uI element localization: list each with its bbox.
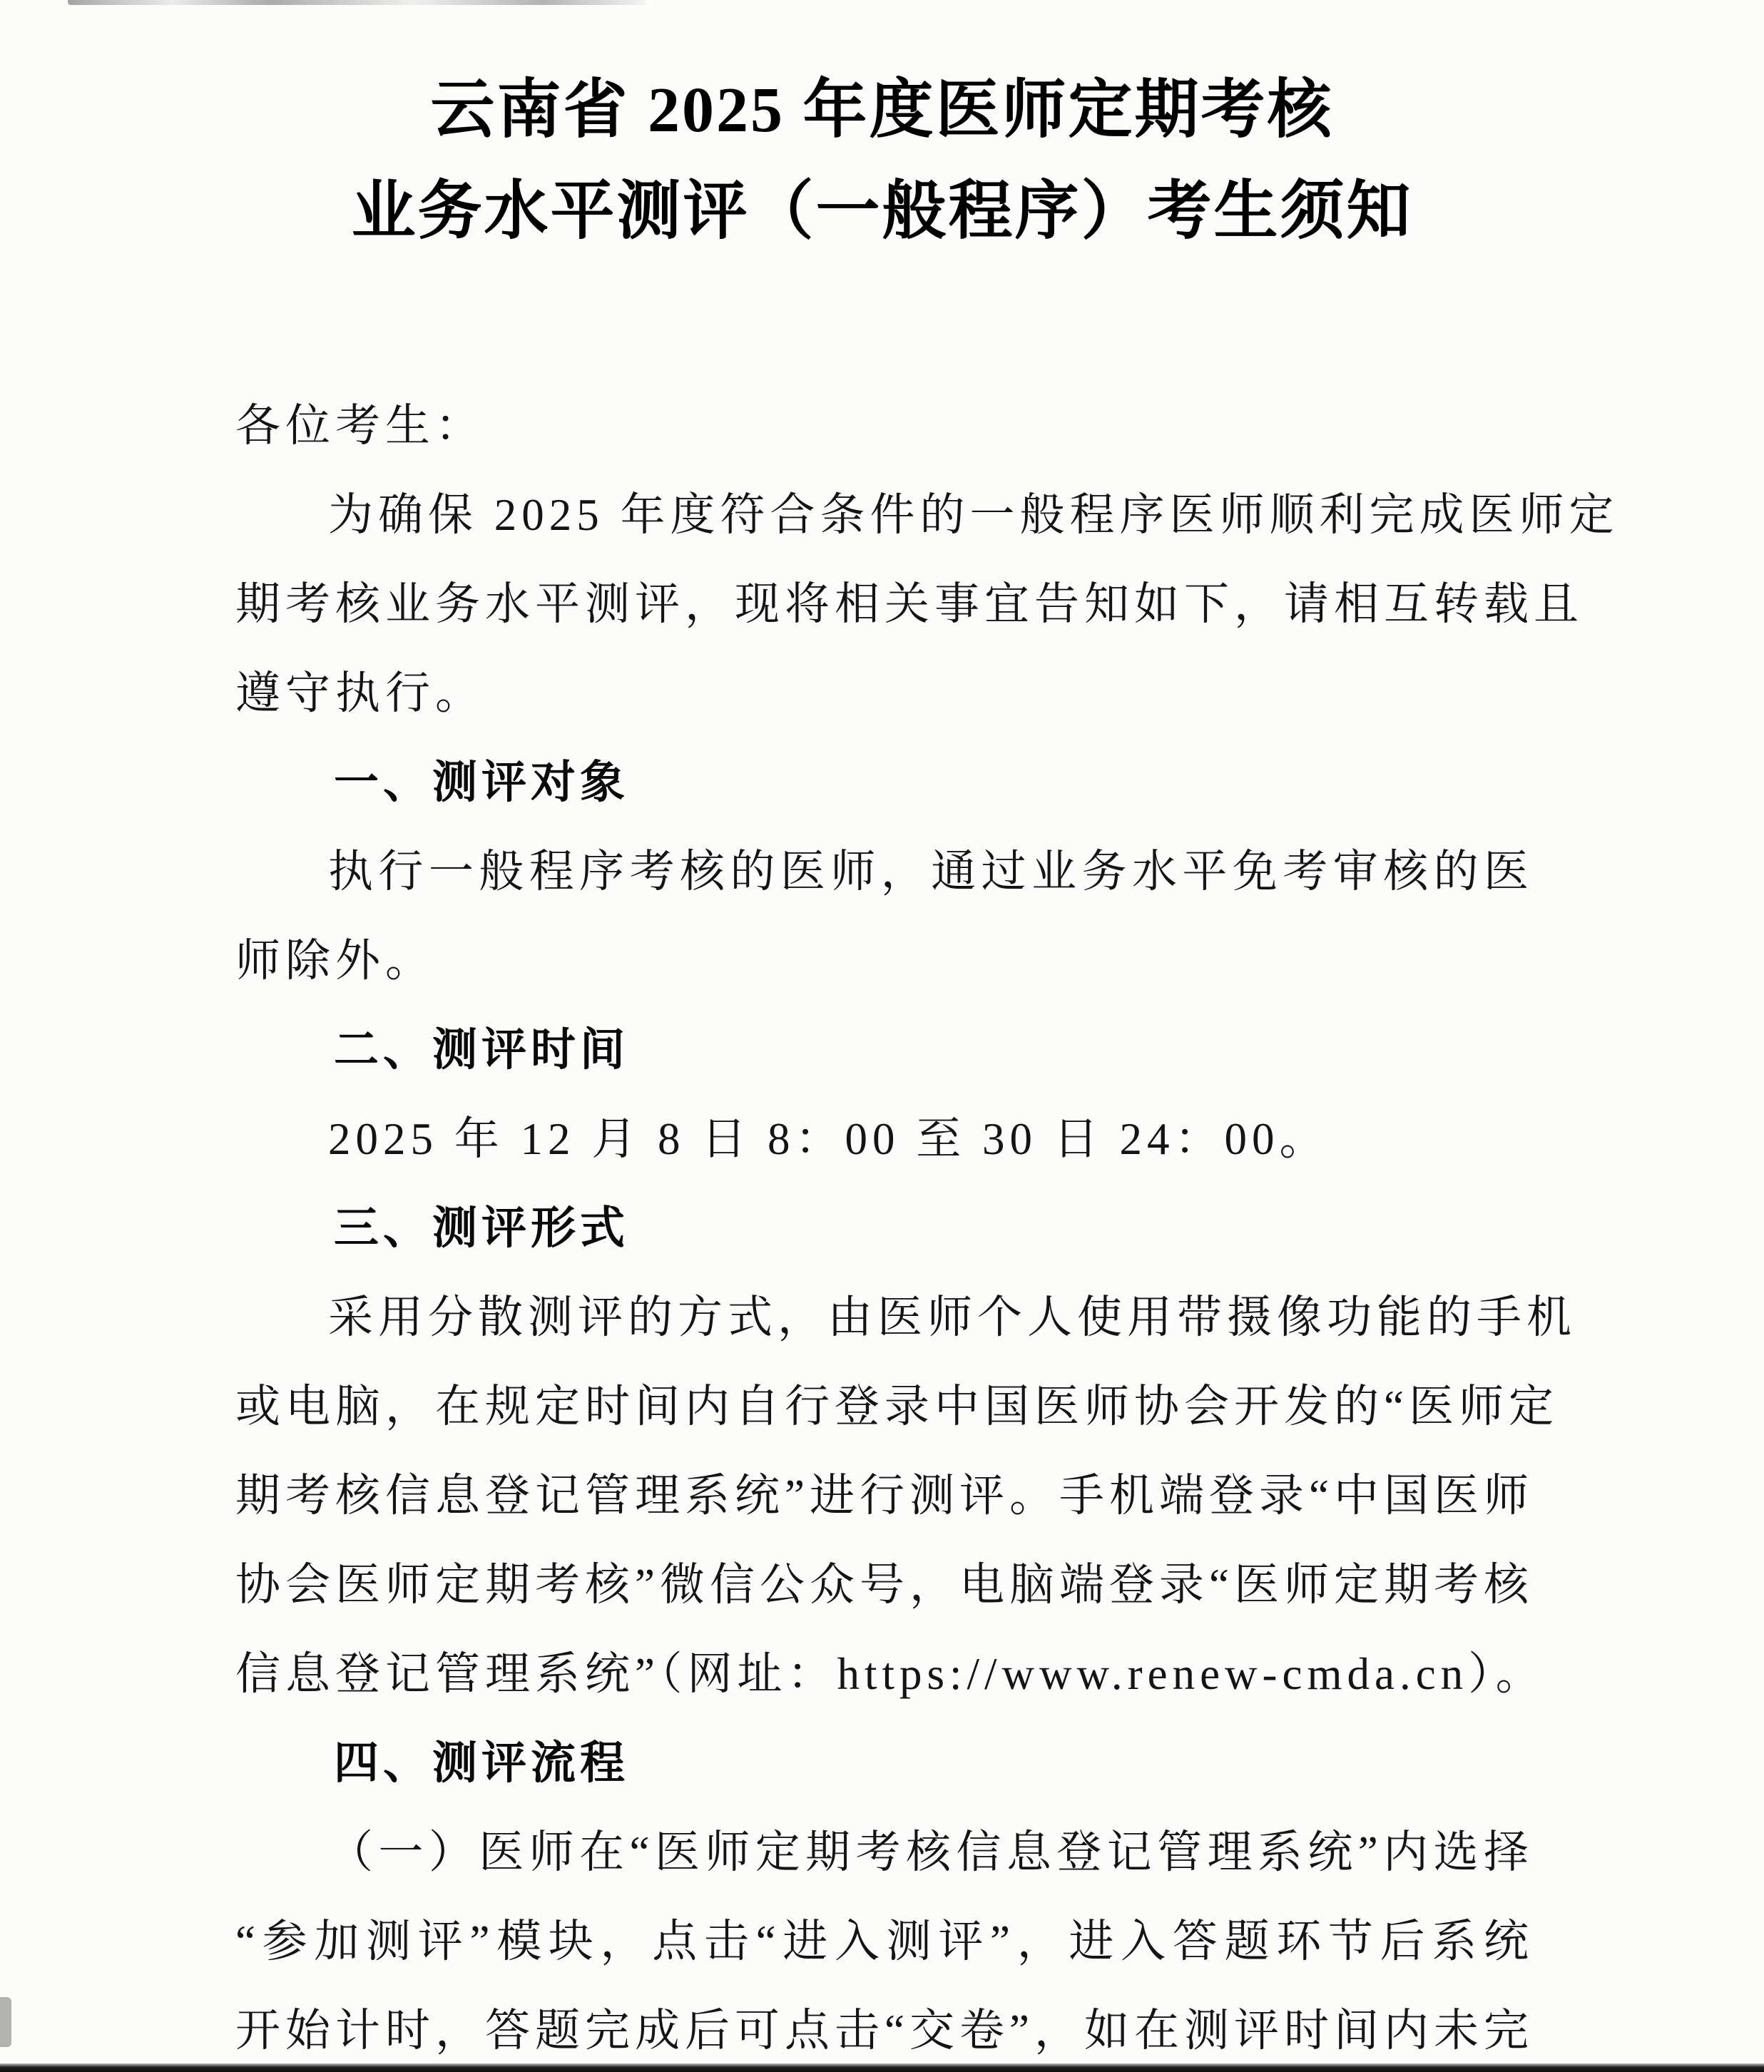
- section-heading-2: 二、测评时间: [235, 1006, 1534, 1095]
- para-line: 期考核业务水平测评，现将相关事宜告知如下，请相互转载且: [235, 560, 1534, 649]
- section-heading-1: 一、测评对象: [235, 738, 1534, 827]
- para-line: 协会医师定期考核”微信公众号，电脑端登录“医师定期考核: [235, 1541, 1534, 1630]
- para-line: 执行一般程序考核的医师，通过业务水平免考审核的医: [235, 827, 1534, 917]
- scan-bottom-edge-artifact: [0, 2063, 1764, 2072]
- para-line: 遵守执行。: [235, 649, 1534, 738]
- section-heading-4: 四、测评流程: [235, 1719, 1534, 1808]
- para-line: 或电脑，在规定时间内自行登录中国医师协会开发的“医师定: [235, 1362, 1534, 1451]
- document-body: 各位考生： 为确保 2025 年度符合条件的一般程序医师顺利完成医师定 期考核业…: [235, 382, 1534, 2072]
- para-line: 期考核信息登记管理系统”进行测评。手机端登录“中国医师: [235, 1451, 1534, 1541]
- title-line-1: 云南省 2025 年度医师定期考核: [0, 60, 1764, 161]
- scan-top-smudge-artifact: [68, 0, 646, 5]
- para-line: “参加测评”模块，点击“进入测评”，进入答题环节后系统: [235, 1897, 1534, 1986]
- para-line: 开始计时，答题完成后可点击“交卷”，如在测评时间内未完: [235, 1986, 1534, 2072]
- system-url-line: 信息登记管理系统”（网址：https://www.renew-cmda.cn）。: [235, 1630, 1534, 1719]
- para-line: 为确保 2025 年度符合条件的一般程序医师顺利完成医师定: [235, 471, 1534, 560]
- para-line: （一）医师在“医师定期考核信息登记管理系统”内选择: [235, 1808, 1534, 1897]
- notice-page: 云南省 2025 年度医师定期考核 业务水平测评（一般程序）考生须知 各位考生：…: [0, 0, 1764, 2072]
- para-line: 采用分散测评的方式，由医师个人使用带摄像功能的手机: [235, 1273, 1534, 1362]
- scan-left-speck-artifact: [0, 1997, 11, 2047]
- document-title: 云南省 2025 年度医师定期考核 业务水平测评（一般程序）考生须知: [0, 60, 1764, 262]
- title-line-2: 业务水平测评（一般程序）考生须知: [0, 161, 1764, 262]
- section-heading-3: 三、测评形式: [235, 1184, 1534, 1273]
- salutation-line: 各位考生：: [235, 382, 1534, 471]
- eval-time-line: 2025 年 12 月 8 日 8：00 至 30 日 24：00。: [235, 1095, 1534, 1184]
- para-line: 师除外。: [235, 917, 1534, 1006]
